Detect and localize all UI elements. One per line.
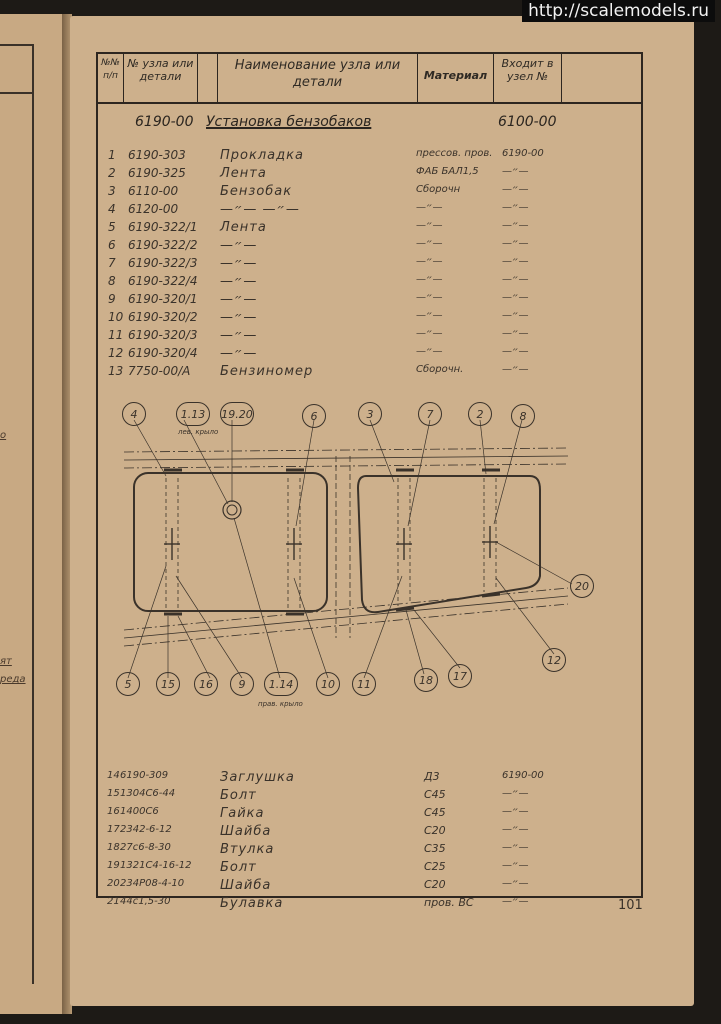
row-no: 5	[108, 220, 128, 234]
row-into: —״—	[502, 238, 528, 249]
row-into: —״—	[502, 364, 528, 375]
callout-5: 5	[116, 672, 140, 696]
fuel-tank-installation-drawing: 4 1.13 лев. крыло 19.20 6 3 7 2 8 20 5 1…	[98, 398, 641, 748]
table-row: 66190-322/2—״——״——״—	[98, 238, 641, 256]
row-name: Гайка	[220, 806, 264, 821]
row-material: —״—	[416, 256, 442, 267]
row-part: 6190-322/2	[128, 238, 197, 252]
row-material: С35	[424, 842, 446, 855]
row-material: прессов. пров.	[416, 148, 492, 159]
header-col-name: Наименование узла или детали	[218, 54, 418, 102]
row-part: 1400С6	[120, 806, 159, 817]
row-name: —״—	[220, 238, 257, 253]
table-row: 76190-322/3—״——״——״—	[98, 256, 641, 274]
header-col-no: №№ п/п	[98, 54, 124, 102]
table-row: 151304С6-44БолтС45—״—	[98, 788, 641, 806]
row-name: Болт	[220, 860, 257, 875]
row-into: —״—	[502, 310, 528, 321]
note-left-wing: лев. крыло	[178, 428, 218, 436]
row-part: 6190-320/3	[128, 328, 197, 342]
row-material: —״—	[416, 202, 442, 213]
row-material: Д3	[424, 770, 440, 783]
row-part: 6110-00	[128, 184, 178, 198]
row-name: —״—	[220, 328, 257, 343]
row-into: —״—	[502, 292, 528, 303]
assembly-title: Установка бензобаков	[206, 114, 371, 130]
row-part: 1304С6-44	[120, 788, 175, 799]
callout-3: 3	[358, 402, 382, 426]
row-into: —״—	[502, 220, 528, 231]
tank-drawing-svg	[98, 398, 641, 748]
row-into: —״—	[502, 166, 528, 177]
row-material: С20	[424, 878, 446, 891]
table-row: 56190-322/1Лента—״——״—	[98, 220, 641, 238]
row-material: —״—	[416, 346, 442, 357]
row-into: —״—	[502, 256, 528, 267]
row-part: 6190-320/1	[128, 292, 197, 306]
table-row: 36110-00БензобакСборочн—״—	[98, 184, 641, 202]
row-name: Заглушка	[220, 770, 295, 785]
row-into: —״—	[502, 824, 528, 835]
row-part: 6190-303	[128, 148, 186, 162]
callout-19-20: 19.20	[220, 402, 254, 426]
callout-17: 17	[448, 664, 472, 688]
row-into: 6190-00	[502, 148, 544, 159]
header-col-into: Входит в узел №	[494, 54, 562, 102]
left-page-edge: о ят реда	[0, 14, 66, 1014]
table-row: 1827с6-8-30ВтулкаС35—״—	[98, 842, 641, 860]
spec-table-frame: №№ п/п № узла или детали Наименование уз…	[96, 52, 643, 898]
table-row: 191321С4-16-12БолтС25—״—	[98, 860, 641, 878]
row-into: 6190-00	[502, 770, 544, 781]
row-material: —״—	[416, 274, 442, 285]
callout-16: 16	[194, 672, 218, 696]
row-into: —״—	[502, 842, 528, 853]
left-page-fragment: реда	[0, 674, 26, 685]
row-into: —״—	[502, 860, 528, 871]
page-number: 101	[618, 898, 643, 913]
row-material: С45	[424, 788, 446, 801]
row-part: 7750-00/A	[128, 364, 190, 378]
table-row: 20234Р08-4-10ШайбаС20—״—	[98, 878, 641, 896]
row-name: Бензобак	[220, 184, 292, 199]
row-into: —״—	[502, 806, 528, 817]
row-name: —״—	[220, 346, 257, 361]
table-row: 126190-320/4—״——״——״—	[98, 346, 641, 364]
table-row: 116190-320/3—״——״——״—	[98, 328, 641, 346]
assembly-into: 6100-00	[498, 114, 557, 130]
row-no: 13	[108, 364, 128, 378]
row-no: 8	[108, 274, 128, 288]
row-name: Бензиномер	[220, 364, 313, 379]
row-material: —״—	[416, 220, 442, 231]
row-no: 3	[108, 184, 128, 198]
row-no: 4	[108, 202, 128, 216]
row-part: 2342-6-12	[120, 824, 172, 835]
row-name: Лента	[220, 220, 267, 235]
row-into: —״—	[502, 878, 528, 889]
header-col-material: Материал	[418, 54, 494, 102]
row-part: 6120-00	[128, 202, 178, 216]
row-no: 7	[108, 256, 128, 270]
row-no: 11	[108, 328, 128, 342]
row-into: —״—	[502, 346, 528, 357]
table-header: №№ п/п № узла или детали Наименование уз…	[98, 54, 641, 104]
assembly-part-no: 6190-00	[135, 114, 194, 130]
callout-18: 18	[414, 668, 438, 692]
left-page-frame-line	[32, 44, 34, 984]
table-row: 161400С6ГайкаС45—״—	[98, 806, 641, 824]
callout-1-13: 1.13	[176, 402, 210, 426]
row-part: 27с6-8-30	[120, 842, 171, 853]
row-material: —״—	[416, 310, 442, 321]
callout-8: 8	[511, 404, 535, 428]
row-part: 6190-322/1	[128, 220, 197, 234]
row-name: Втулка	[220, 842, 274, 857]
row-no: 6	[108, 238, 128, 252]
row-name: —״— —״—	[220, 202, 300, 217]
row-name: —״—	[220, 274, 257, 289]
table-row: 46120-00—״— —״——״——״—	[98, 202, 641, 220]
row-material: С45	[424, 806, 446, 819]
row-part: 6190-322/4	[128, 274, 197, 288]
row-part: 234Р08-4-10	[120, 878, 184, 889]
watermark-url: http://scalemodels.ru	[522, 0, 715, 22]
callout-6: 6	[302, 404, 326, 428]
row-material: пров. ВС	[424, 896, 474, 909]
callout-1-14: 1.14	[264, 672, 298, 696]
row-into: —״—	[502, 328, 528, 339]
row-name: Лента	[220, 166, 267, 181]
row-material: —״—	[416, 238, 442, 249]
left-page-fragment: о	[0, 430, 6, 441]
row-name: Болт	[220, 788, 257, 803]
row-no: 1	[108, 148, 128, 162]
row-no: 9	[108, 292, 128, 306]
row-material: С20	[424, 824, 446, 837]
callout-12: 12	[542, 648, 566, 672]
row-name: —״—	[220, 256, 257, 271]
table-row: 2144с1,5-30Булавкапров. ВС—״—	[98, 896, 641, 914]
table-row: 16190-303Прокладкапрессов. пров.6190-00	[98, 148, 641, 166]
callout-9: 9	[230, 672, 254, 696]
row-material: Сборочн.	[416, 364, 463, 375]
table-row: 106190-320/2—״——״——״—	[98, 310, 641, 328]
row-part: 44с1,5-30	[120, 896, 170, 907]
row-material: С25	[424, 860, 446, 873]
left-page-frame-line	[0, 92, 34, 94]
table-row: 146190-309ЗаглушкаД36190-00	[98, 770, 641, 788]
row-material: ФАБ БАЛ1,5	[416, 166, 479, 177]
row-name: Шайба	[220, 824, 271, 839]
callout-2: 2	[468, 402, 492, 426]
table-row: 96190-320/1—״——״——״—	[98, 292, 641, 310]
table-row: 86190-322/4—״——״——״—	[98, 274, 641, 292]
row-name: —״—	[220, 292, 257, 307]
row-no: 10	[108, 310, 128, 324]
row-material: —״—	[416, 328, 442, 339]
callout-20: 20	[570, 574, 594, 598]
header-col-part: № узла или детали	[124, 54, 198, 102]
callout-4: 4	[122, 402, 146, 426]
header-col-blank	[198, 54, 218, 102]
table-row: 137750-00/AБензиномерСборочн.—״—	[98, 364, 641, 382]
note-right-wing: прав. крыло	[258, 700, 303, 708]
row-part: 6190-322/3	[128, 256, 197, 270]
row-name: Булавка	[220, 896, 283, 911]
row-part: 1321С4-16-12	[120, 860, 191, 871]
row-name: Шайба	[220, 878, 271, 893]
row-into: —״—	[502, 788, 528, 799]
left-page-frame-top	[0, 44, 34, 46]
row-part: 6190-309	[120, 770, 168, 781]
row-into: —״—	[502, 896, 528, 907]
row-name: —״—	[220, 310, 257, 325]
row-part: 6190-320/2	[128, 310, 197, 324]
left-page-fragment: ят	[0, 656, 12, 667]
row-no: 2	[108, 166, 128, 180]
row-into: —״—	[502, 184, 528, 195]
row-name: Прокладка	[220, 148, 304, 163]
document-page: №№ п/п № узла или детали Наименование уз…	[70, 16, 694, 1006]
row-into: —״—	[502, 202, 528, 213]
row-part: 6190-320/4	[128, 346, 197, 360]
row-material: Сборочн	[416, 184, 460, 195]
callout-10: 10	[316, 672, 340, 696]
callout-7: 7	[418, 402, 442, 426]
row-into: —״—	[502, 274, 528, 285]
table-row: 172342-6-12ШайбаС20—״—	[98, 824, 641, 842]
callout-11: 11	[352, 672, 376, 696]
row-no: 12	[108, 346, 128, 360]
table-row: 26190-325ЛентаФАБ БАЛ1,5—״—	[98, 166, 641, 184]
row-part: 6190-325	[128, 166, 186, 180]
row-material: —״—	[416, 292, 442, 303]
callout-15: 15	[156, 672, 180, 696]
